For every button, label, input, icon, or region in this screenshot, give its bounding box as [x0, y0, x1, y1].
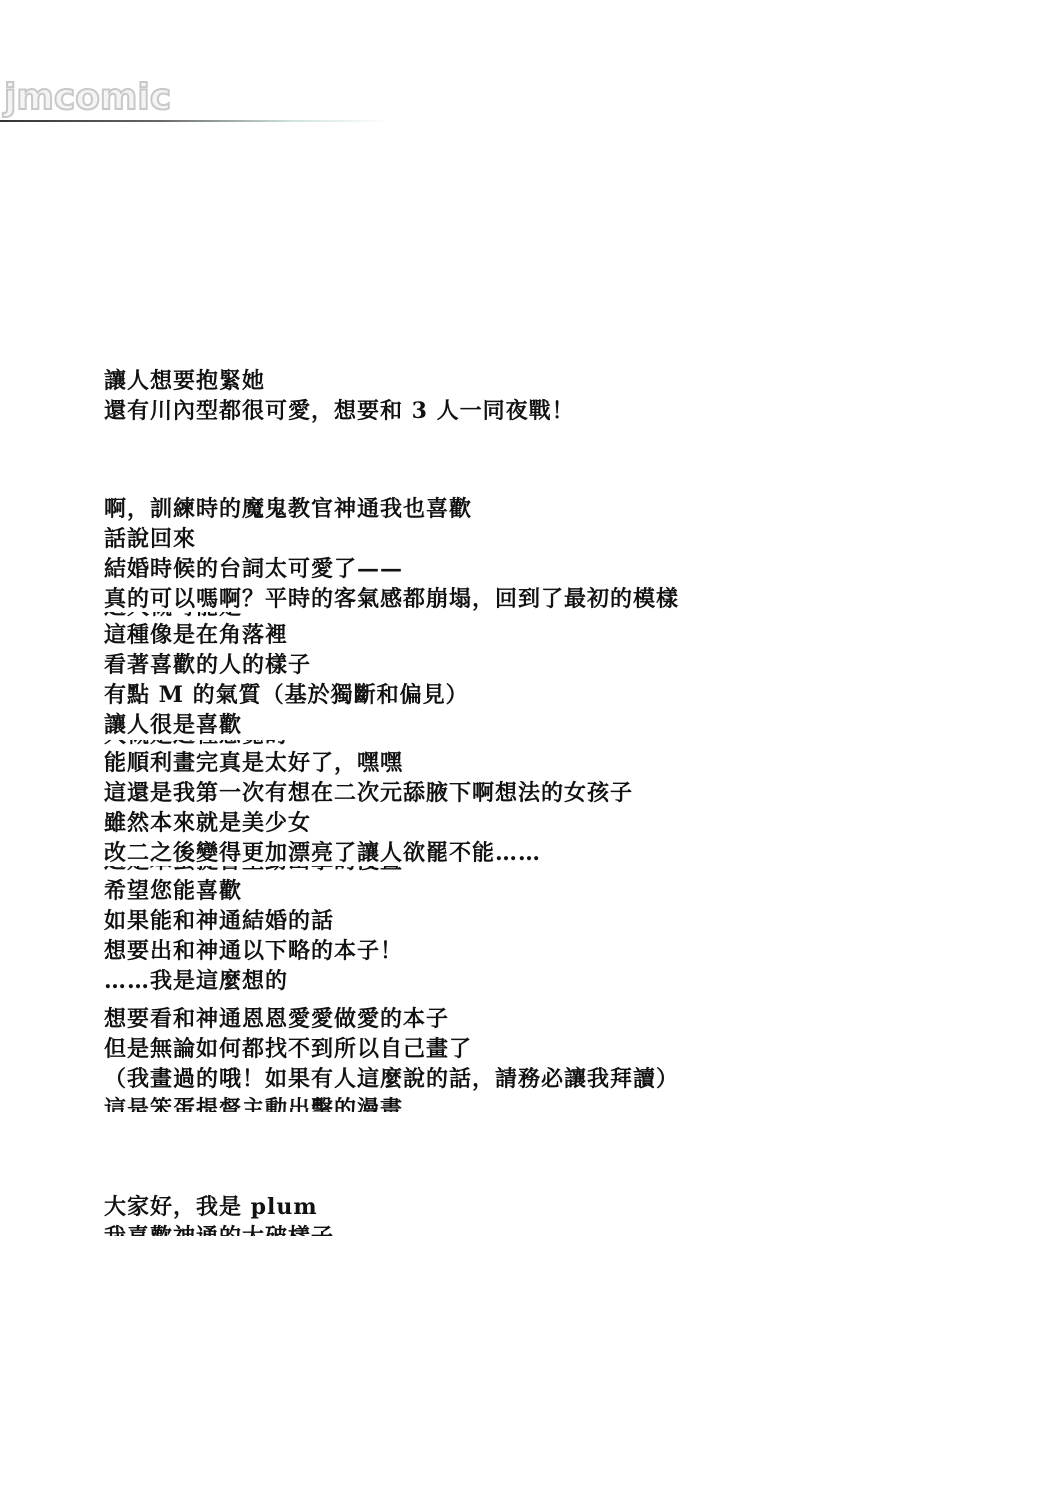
- text-line: 讓人想要抱緊她: [104, 366, 575, 396]
- text-line: ……我是這麼想的: [104, 966, 403, 996]
- afterword-section-3: 這種像是在角落裡 看著喜歡的人的樣子 有點 M 的氣質（基於獨斷和偏見） 讓人很…: [104, 620, 469, 740]
- afterword-section-5: 希望您能喜歡 如果能和神通結婚的話 想要出和神通以下略的本子！ ……我是這麼想的: [104, 876, 403, 996]
- text-line: 大家好，我是 plum: [104, 1192, 334, 1222]
- text-line: 看著喜歡的人的樣子: [104, 650, 469, 680]
- text-line: 真的可以嗎啊？平時的客氣感都崩塌，回到了最初的模樣: [104, 584, 679, 614]
- overlapping-text-fragment: 這是笨蛋提督主動出擊的漫畫: [104, 866, 403, 876]
- text-line: 這還是我第一次有想在二次元舔腋下啊想法的女孩子: [104, 778, 633, 808]
- afterword-section-4: 能順利畫完真是太好了，嘿嘿 這還是我第一次有想在二次元舔腋下啊想法的女孩子 雖然…: [104, 748, 633, 868]
- text-line: 結婚時候的台詞太可愛了——: [104, 554, 679, 584]
- text-line: 如果能和神通結婚的話: [104, 906, 403, 936]
- text-line: 話說回來: [104, 524, 679, 554]
- text-line: 這種像是在角落裡: [104, 620, 469, 650]
- text-line: 還有川內型都很可愛，想要和 3 人一同夜戰！: [104, 396, 575, 426]
- afterword-section-6: 想要看和神通恩恩愛愛做愛的本子 但是無論如何都找不到所以自己畫了 （我畫過的哦！…: [104, 1004, 679, 1112]
- afterword-section-1: 讓人想要抱緊她 還有川內型都很可愛，想要和 3 人一同夜戰！: [104, 366, 575, 426]
- text-line: 我喜歡神通的大破樣子: [104, 1222, 334, 1236]
- text-line: （我畫過的哦！如果有人這麼說的話，請務必讓我拜讀）: [104, 1064, 679, 1094]
- text-line: 想要出和神通以下略的本子！: [104, 936, 403, 966]
- header-divider: [0, 120, 390, 122]
- text-line: 但是無論如何都找不到所以自己畫了: [104, 1034, 679, 1064]
- text-line: 希望您能喜歡: [104, 876, 403, 906]
- text-line: 雖然本來就是美少女: [104, 808, 633, 838]
- text-line: 讓人很是喜歡: [104, 710, 469, 740]
- afterword-section-2: 啊，訓練時的魔鬼教官神通我也喜歡 話說回來 結婚時候的台詞太可愛了—— 真的可以…: [104, 494, 679, 614]
- text-line: 能順利畫完真是太好了，嘿嘿: [104, 748, 633, 778]
- text-line: 這是笨蛋提督主動出擊的漫畫: [104, 1094, 679, 1112]
- afterword-section-7: 大家好，我是 plum 我喜歡神通的大破樣子: [104, 1192, 334, 1236]
- text-line: 改二之後變得更加漂亮了讓人欲罷不能……: [104, 838, 633, 868]
- text-line: 有點 M 的氣質（基於獨斷和偏見）: [104, 680, 469, 710]
- text-line: 想要看和神通恩恩愛愛做愛的本子: [104, 1004, 679, 1034]
- jmcomic-watermark-logo: jmcomic: [4, 78, 171, 118]
- text-line: 啊，訓練時的魔鬼教官神通我也喜歡: [104, 494, 679, 524]
